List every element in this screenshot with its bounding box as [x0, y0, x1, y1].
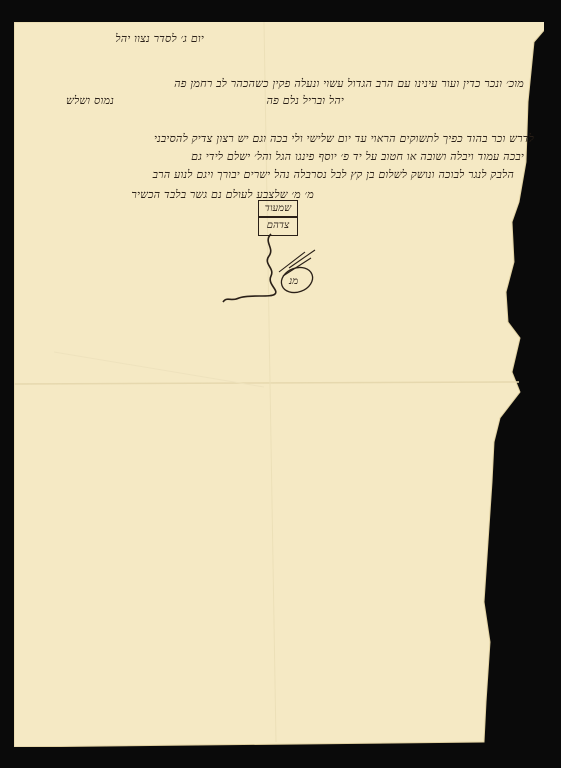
- paper-shape: [14, 22, 544, 747]
- svg-text:מנ: מנ: [288, 276, 298, 287]
- body-line-6: הלבק לנגר לבוכה ונושק לשלום בן קץ לבל נס…: [24, 168, 514, 181]
- body-line-4: לדרש וכר בהוד כפיך לתשוקים הראוי עד יום …: [24, 132, 534, 145]
- body-line-5: יבכה עמוד ויבלה ושובה או חטוב על יד פ׳ י…: [24, 150, 524, 163]
- body-line-3: נמוס ושלש: [44, 94, 114, 107]
- signature-flourish: מנ: [219, 232, 339, 312]
- letter-paper: יום ג׳ לסדר נצוו יהל מוכ׳ ונכר כדין ועור…: [14, 22, 544, 747]
- body-line-1: מוכ׳ ונכר כדין ועור עינינו עם הרב הגדול …: [44, 77, 524, 90]
- header-line: יום ג׳ לסדר נצוו יהל: [74, 32, 204, 45]
- body-line-2: יהל ובריל נלם פה: [144, 94, 344, 107]
